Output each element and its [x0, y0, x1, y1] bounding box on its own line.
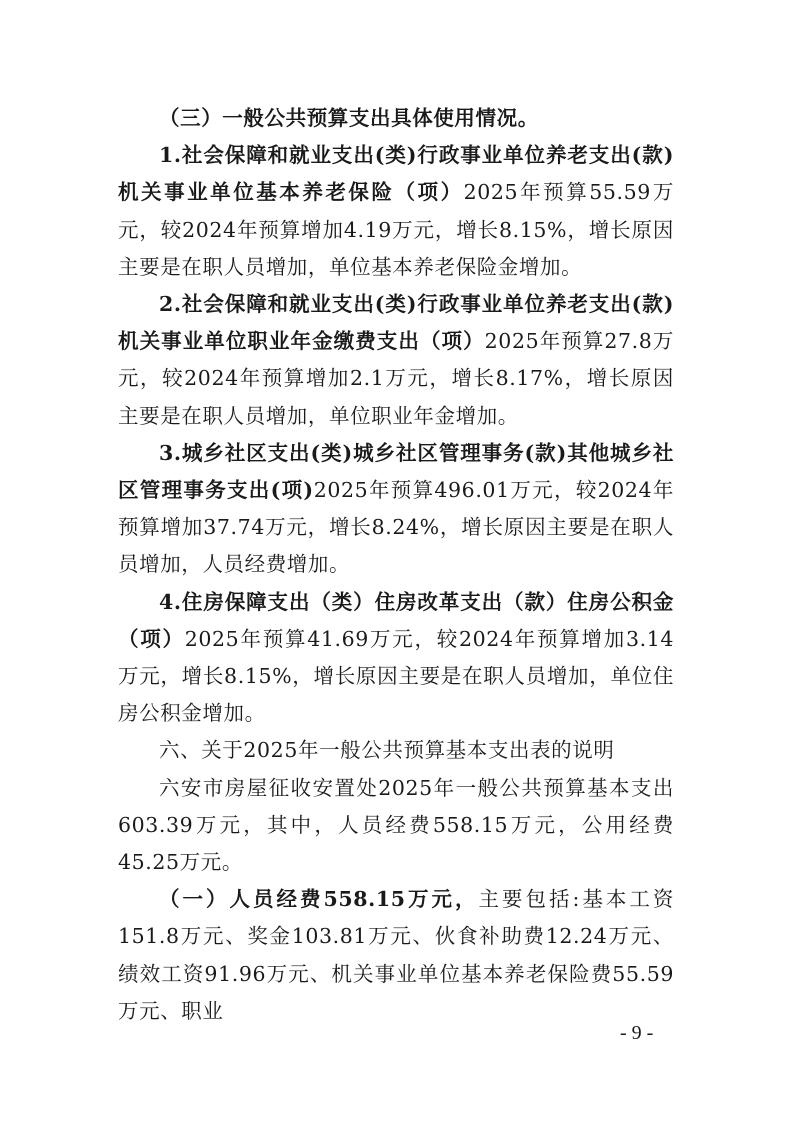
personnel-paragraph: （一）人员经费558.15万元，主要包括:基本工资151.8万元、奖金103.8… [118, 881, 674, 1030]
section-six-body: 六安市房屋征收安置处2025年一般公共预算基本支出603.39万元，其中，人员经… [118, 770, 674, 882]
document-page: （三）一般公共预算支出具体使用情况。 1.社会保障和就业支出(类)行政事业单位养… [118, 100, 674, 1030]
item-4: 4.住房保障支出（类）住房改革支出（款）住房公积金（项）2025年预算41.69… [118, 584, 674, 733]
item-3: 3.城乡社区支出(类)城乡社区管理事务(款)其他城乡社区管理事务支出(项)202… [118, 435, 674, 584]
item-4-body: 2025年预算41.69万元，较2024年预算增加3.14万元，增长8.15%，… [118, 627, 674, 725]
item-1: 1.社会保障和就业支出(类)行政事业单位养老支出(款)机关事业单位基本养老保险（… [118, 137, 674, 286]
section-six-heading: 六、关于2025年一般公共预算基本支出表的说明 [118, 732, 674, 769]
item-2: 2.社会保障和就业支出(类)行政事业单位养老支出(款)机关事业单位职业年金缴费支… [118, 286, 674, 435]
section-heading: （三）一般公共预算支出具体使用情况。 [118, 100, 674, 137]
page-number: - 9 - [620, 1022, 653, 1045]
personnel-title: （一）人员经费558.15万元， [159, 887, 478, 911]
